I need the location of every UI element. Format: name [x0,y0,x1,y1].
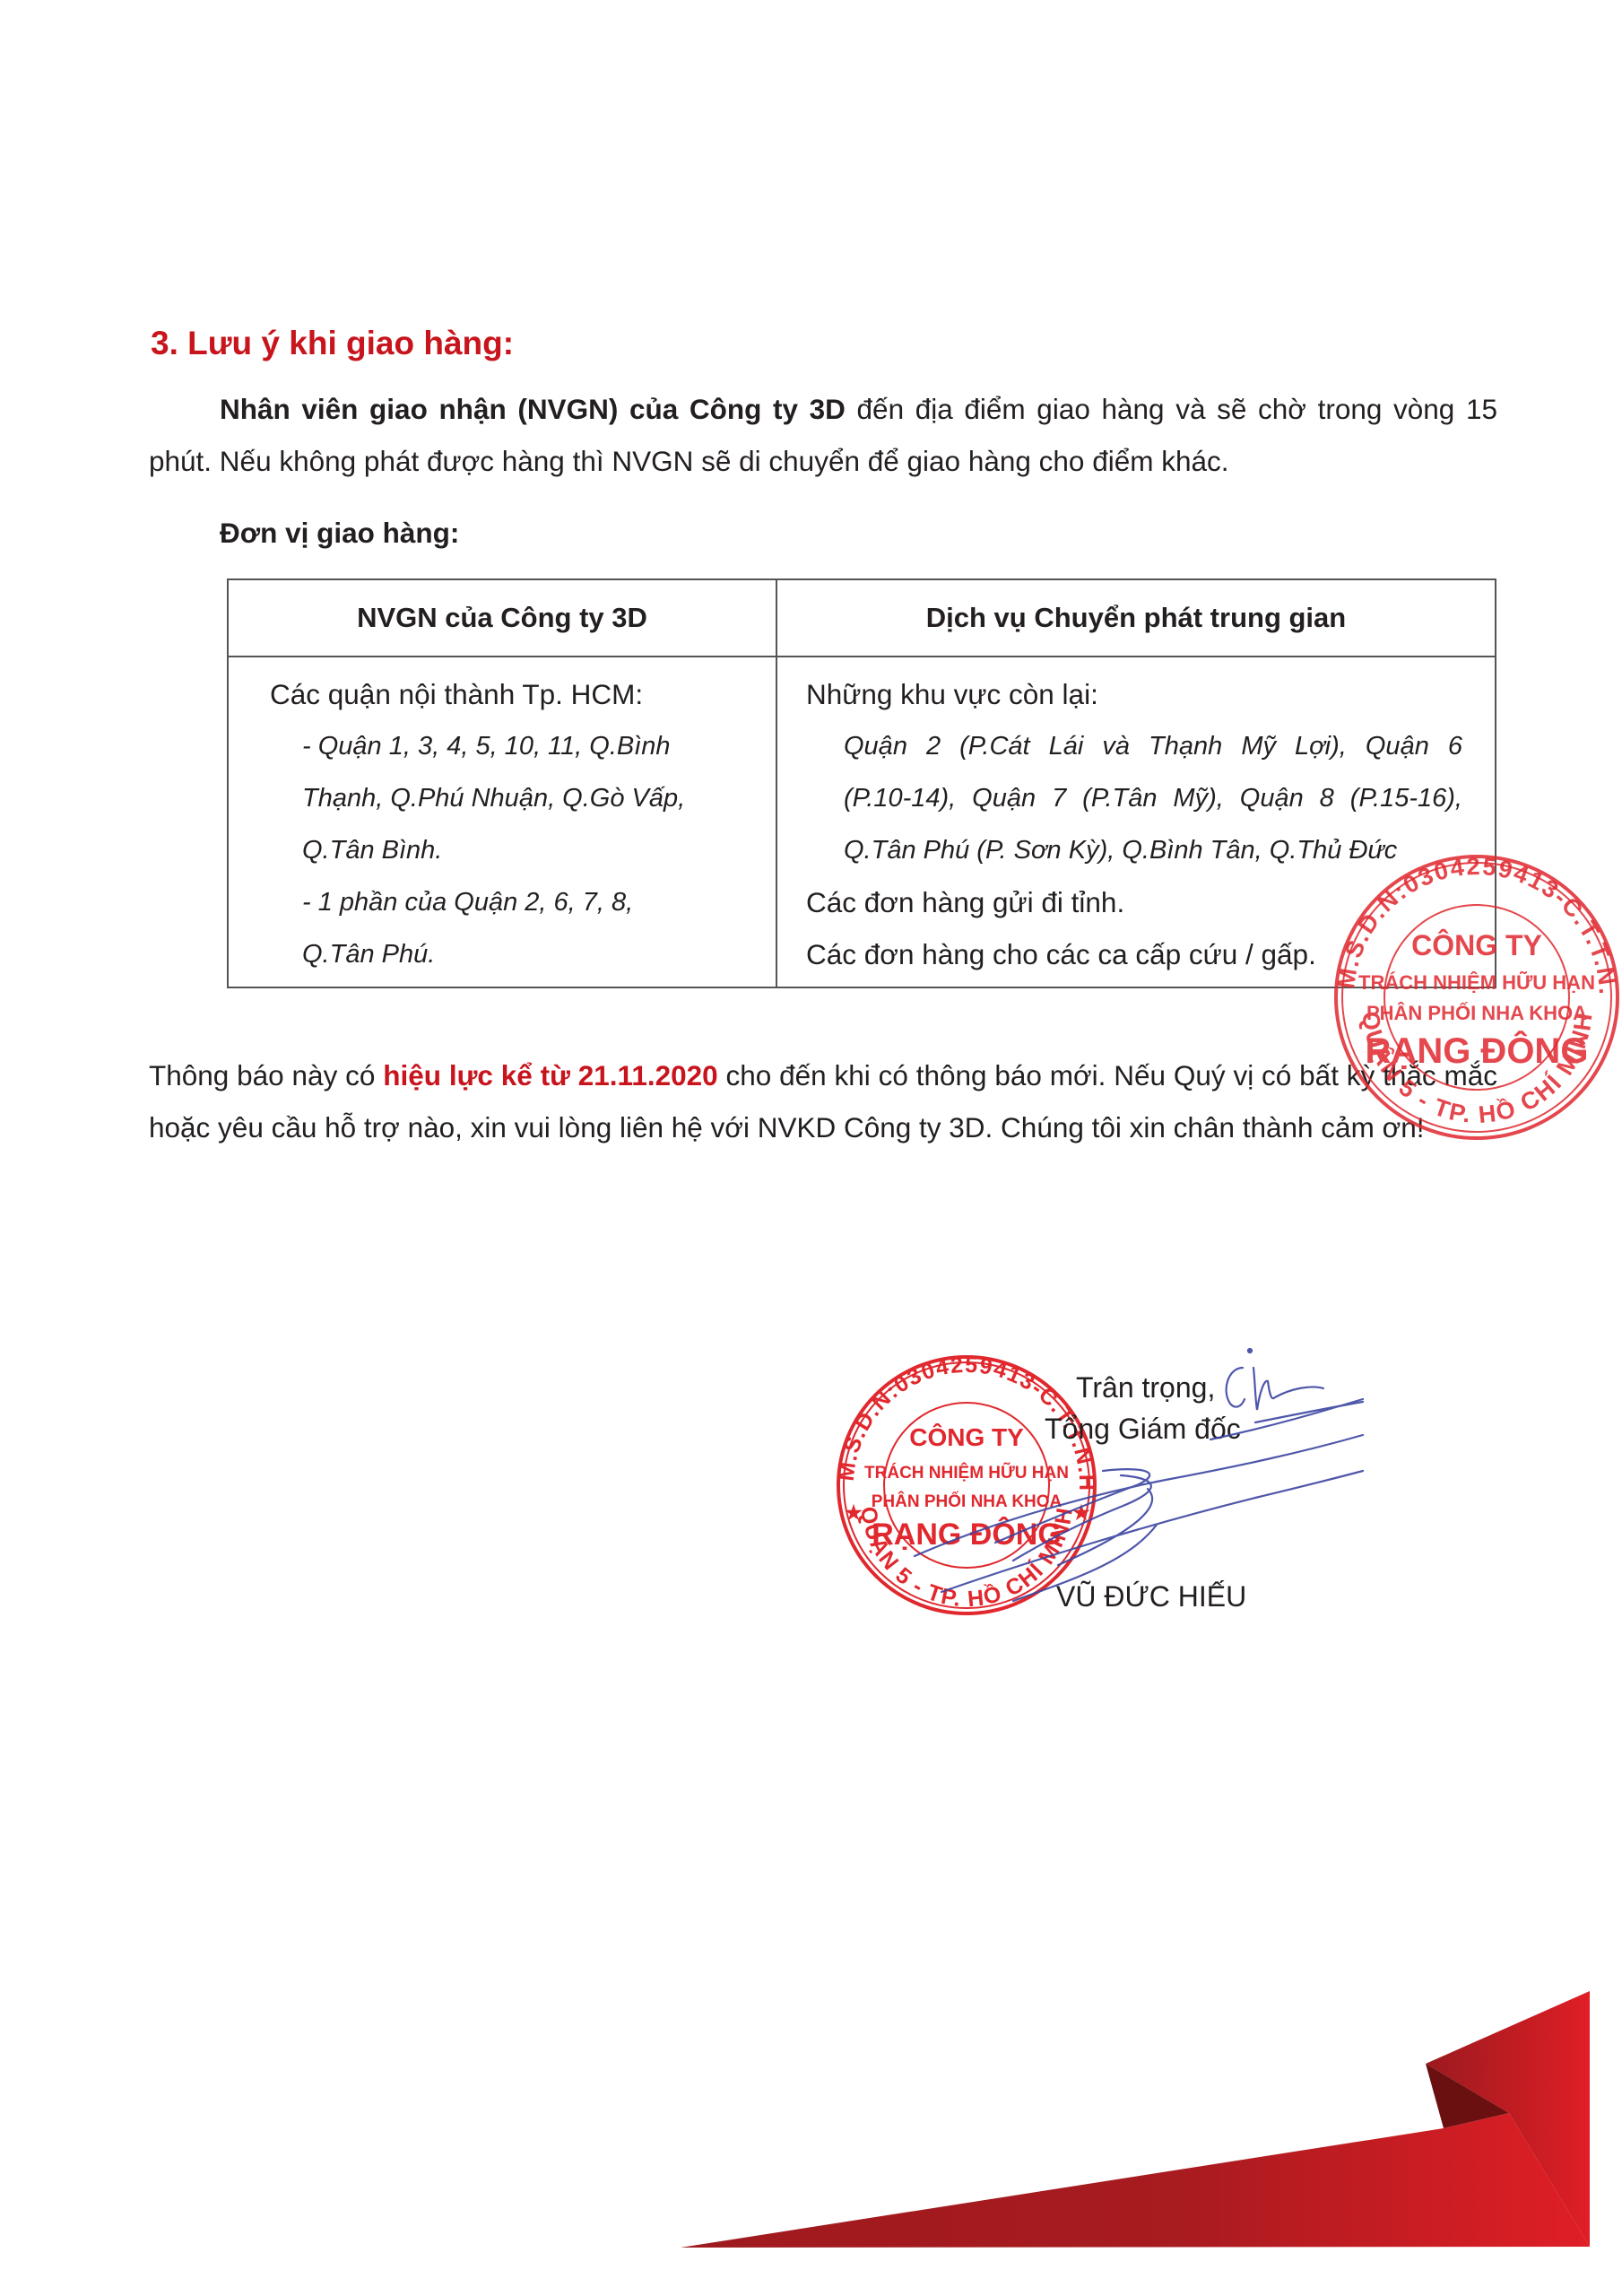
red-ribbon-decoration [0,0,1622,2296]
